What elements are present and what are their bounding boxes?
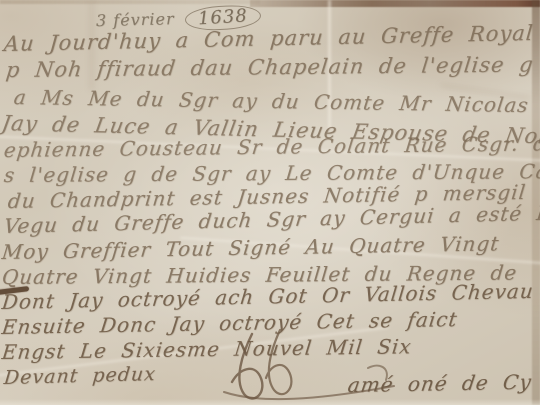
manuscript-line: p Noh ffiraud dau Chapelain de l'eglise … bbox=[5, 52, 540, 82]
manuscript-line: Au Jourd'huy a Com paru au Greffe Royal … bbox=[3, 20, 540, 56]
date-day-month: 3 février bbox=[96, 9, 175, 30]
manuscript-photo: 3 février1638 Au Jourd'huy a Com paru au… bbox=[0, 0, 540, 405]
paper-edge-shadow-top bbox=[250, 0, 540, 7]
paper-edge-shadow-top-left bbox=[0, 0, 260, 4]
manuscript-line: Devant pedux bbox=[3, 363, 157, 389]
signature-text: amé oné de Cy bbox=[346, 370, 533, 397]
